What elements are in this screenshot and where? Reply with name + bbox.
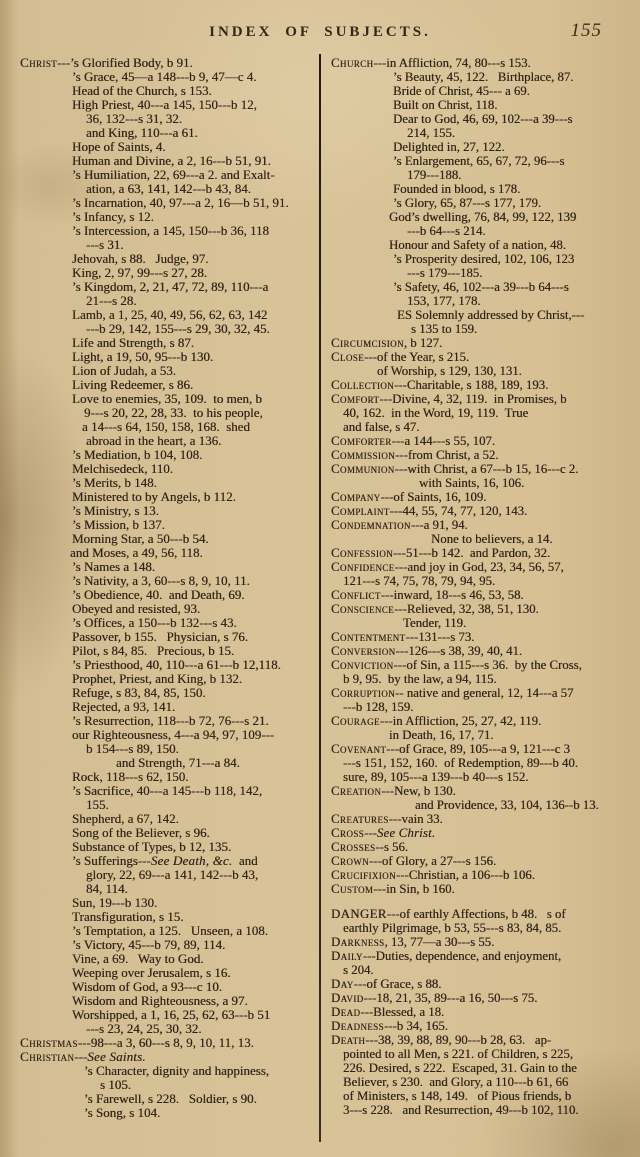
index-line: ES Solemnly addressed by Christ,--- (397, 308, 637, 322)
index-line: ’s Offices, a 150---b 132---s 43. (72, 616, 317, 630)
index-line: Tender, 119. (403, 616, 637, 630)
index-line: Sun, 19---b 130. (72, 896, 317, 910)
index-line: ’s Enlargement, 65, 67, 72, 96---s (393, 154, 637, 168)
index-line: sure, 89, 105---a 139---b 40---s 152. (343, 770, 637, 784)
index-line: Conversion---126---s 38, 39, 40, 41. (331, 644, 637, 658)
headword: Day (331, 977, 354, 991)
index-line: Prophet, Priest, and King, b 132. (72, 672, 317, 686)
index-line: Confession---51---b 142. and Pardon, 32. (331, 546, 637, 560)
index-line: Wisdom of God, a 93---c 10. (72, 980, 317, 994)
index-line: ’s Grace, 45—a 148---b 9, 47—c 4. (72, 70, 317, 84)
index-line: Honour and Safety of a nation, 48. (389, 238, 637, 252)
index-line: Collection---Charitable, s 188, 189, 193… (331, 378, 637, 392)
index-line: Transfiguration, s 15. (72, 910, 317, 924)
index-line: a 14---s 64, 150, 158, 168. shed (82, 420, 317, 434)
index-line: Founded in blood, s 178. (393, 182, 637, 196)
index-line: Death---38, 39, 88, 89, 90---b 28, 63. a… (331, 1033, 637, 1047)
index-line: Melchisedeck, 110. (72, 462, 317, 476)
index-line: ation, a 63, 141, 142---b 43, 84. (86, 182, 317, 196)
index-line: 121---s 74, 75, 78, 79, 94, 95. (343, 574, 637, 588)
index-line: Christmas---98---a 3, 60---s 8, 9, 10, 1… (20, 1036, 317, 1050)
index-line: and King, 110---a 61. (86, 126, 317, 140)
index-line: Deadness---b 34, 165. (331, 1019, 637, 1033)
index-line: ’s Farewell, s 228. Soldier, s 90. (84, 1092, 317, 1106)
page-header: INDEX OF SUBJECTS. 155 (0, 24, 640, 46)
index-line: Crosses--s 56. (331, 840, 637, 854)
index-line: Bride of Christ, 45--- a 69. (393, 84, 637, 98)
headword: Complaint (331, 504, 390, 518)
index-line: Rejected, a 93, 141. (72, 700, 317, 714)
column-right: Church---in Affliction, 74, 80---s 153.’… (331, 56, 637, 1141)
index-line: Darkness, 13, 77—a 30---s 55. (331, 935, 637, 949)
index-line: ’s Humiliation, 22, 69---a 2. and Exalt- (72, 168, 317, 182)
index-line: DANGER---of earthly Affections, b 48. s … (331, 907, 637, 921)
headword: Condemnation (331, 518, 411, 532)
index-line: Daily---Duties, dependence, and enjoymen… (331, 949, 637, 963)
index-line: Believer, s 230. and Glory, a 110---b 61… (343, 1075, 637, 1089)
index-line: our Righteousness, 4---a 94, 97, 109--- (72, 728, 317, 742)
index-line: Lion of Judah, a 53. (72, 364, 317, 378)
index-line: Ministered to by Angels, b 112. (72, 490, 317, 504)
index-line: Crown---of Glory, a 27---s 156. (331, 854, 637, 868)
headword: Death (331, 1033, 365, 1047)
index-line: Rock, 118---s 62, 150. (72, 770, 317, 784)
index-line: ’s Victory, 45---b 79, 89, 114. (72, 938, 317, 952)
index-line: Cross---See Christ. (331, 826, 637, 840)
index-line: s 204. (343, 963, 637, 977)
index-line: with Saints, 16, 106. (419, 476, 637, 490)
headword: Conscience (331, 602, 394, 616)
headword: Darkness (331, 935, 384, 949)
headword: Crosses (331, 840, 375, 854)
headword: Circumcision (331, 336, 404, 350)
index-line: ’s Beauty, 45, 122. Birthplace, 87. (393, 70, 637, 84)
headword: Contentment (331, 630, 405, 644)
index-line: Communion---with Christ, a 67---b 15, 16… (331, 462, 637, 476)
headword: Conviction (331, 658, 394, 672)
index-line: Passover, b 155. Physician, s 76. (72, 630, 317, 644)
index-line: Living Redeemer, s 86. (72, 378, 317, 392)
index-line: Jehovah, s 88. Judge, 97. (72, 252, 317, 266)
headword: Communion (331, 462, 395, 476)
index-line: Church---in Affliction, 74, 80---s 153. (331, 56, 637, 70)
index-line: ’s Ministry, s 13. (72, 504, 317, 518)
index-line: of Worship, s 129, 130, 131. (377, 364, 637, 378)
index-line: Christian---See Saints. (20, 1050, 317, 1064)
index-line: Complaint---44, 55, 74, 77, 120, 143. (331, 504, 637, 518)
index-line: 9---s 20, 22, 28, 33. to his people, (84, 406, 317, 420)
index-line: Human and Divine, a 2, 16---b 51, 91. (72, 154, 317, 168)
index-line: ’s Temptation, a 125. Unseen, a 108. (72, 924, 317, 938)
index-line: ’s Names a 148. (72, 560, 317, 574)
index-line: and Providence, 33, 104, 136--b 13. (415, 798, 637, 812)
index-line: ’s Mission, b 137. (72, 518, 317, 532)
headword: Conflict (331, 588, 381, 602)
index-line: Corruption-- native and general, 12, 14-… (331, 686, 637, 700)
index-line: pointed to all Men, s 221. of Children, … (343, 1047, 637, 1061)
index-line: ’s Infancy, s 12. (72, 210, 317, 224)
index-line: ’s Prosperity desired, 102, 106, 123 (393, 252, 637, 266)
index-line: Crucifixion---Christian, a 106---b 106. (331, 868, 637, 882)
index-line: ’s Glory, 65, 87---s 177, 179. (393, 196, 637, 210)
headword: Cross (331, 826, 364, 840)
index-line: Wisdom and Righteousness, a 97. (72, 994, 317, 1008)
headword: Christmas (20, 1035, 78, 1050)
page-number: 155 (571, 20, 603, 42)
index-line: High Priest, 40---a 145, 150---b 12, (72, 98, 317, 112)
headword: Collection (331, 378, 394, 392)
index-line: in Death, 16, 17, 71. (389, 728, 637, 742)
index-line: ’s Merits, b 148. (72, 476, 317, 490)
headword: Church (331, 56, 373, 70)
index-line: 153, 177, 178. (407, 294, 637, 308)
index-line: Light, a 19, 50, 95---b 130. (72, 350, 317, 364)
index-line: Contentment---131---s 73. (331, 630, 637, 644)
index-line: abroad in the heart, a 136. (86, 434, 317, 448)
index-line: Courage---in Affliction, 25, 27, 42, 119… (331, 714, 637, 728)
index-line: Dear to God, 46, 69, 102---a 39---s (393, 112, 637, 126)
index-line: and Moses, a 49, 56, 118. (70, 546, 317, 560)
index-line: Comfort---Divine, 4, 32, 119. in Promise… (331, 392, 637, 406)
headword: Christian (20, 1049, 74, 1064)
index-line: Vine, a 69. Way to God. (72, 952, 317, 966)
index-line: Substance of Types, b 12, 135. (72, 840, 317, 854)
index-line: 214, 155. (407, 126, 637, 140)
index-line: Weeping over Jerusalem, s 16. (72, 966, 317, 980)
index-line: Shepherd, a 67, 142. (72, 812, 317, 826)
headword: Creation (331, 784, 381, 798)
headword: Crucifixion (331, 868, 396, 882)
index-line: ’s Song, s 104. (84, 1106, 317, 1120)
index-line: 40, 162. in the Word, 19, 119. True (343, 406, 637, 420)
index-line: King, 2, 97, 99---s 27, 28. (72, 266, 317, 280)
index-line: Commission---from Christ, a 52. (331, 448, 637, 462)
page-title: INDEX OF SUBJECTS. (0, 24, 640, 41)
index-line: ---b 128, 159. (343, 700, 637, 714)
headword: Comfort (331, 392, 379, 406)
index-line: ’s Obedience, 40. and Death, 69. (72, 588, 317, 602)
headword: Comforter (331, 434, 392, 448)
headword: Crown (331, 854, 369, 868)
index-line: Christ---’s Glorified Body, b 91. (20, 56, 317, 70)
index-line: ---s 31. (86, 238, 317, 252)
index-line: ---s 151, 152, 160. of Redemption, 89---… (343, 756, 637, 770)
headword: Daily (331, 949, 363, 963)
headword: Dead (331, 1005, 360, 1019)
index-line: 226. Desired, s 222. Escaped, 31. Gain t… (343, 1061, 637, 1075)
index-line: ’s Kingdom, 2, 21, 47, 72, 89, 110---a (72, 280, 317, 294)
index-line: Condemnation---a 91, 94. (331, 518, 637, 532)
index-line: Refuge, s 83, 84, 85, 150. (72, 686, 317, 700)
index-line: ’s Safety, 46, 102---a 39---b 64---s (393, 280, 637, 294)
headword: Close (331, 350, 364, 364)
index-line: Conscience---Relieved, 32, 38, 51, 130. (331, 602, 637, 616)
headword: David (331, 991, 364, 1005)
index-line: ’s Nativity, a 3, 60---s 8, 9, 10, 11. (72, 574, 317, 588)
headword: Conversion (331, 644, 396, 658)
index-line: Close---of the Year, s 215. (331, 350, 637, 364)
headword: Deadness (331, 1019, 384, 1033)
book-page: INDEX OF SUBJECTS. 155 Christ---’s Glori… (0, 0, 640, 1157)
index-line: Day---of Grace, s 88. (331, 977, 637, 991)
index-line: Built on Christ, 118. (393, 98, 637, 112)
index-line: Conviction---of Sin, a 115---s 36. by th… (331, 658, 637, 672)
headword: Christ (20, 56, 57, 70)
index-line: 36, 132---s 31, 32. (86, 112, 317, 126)
index-line: ’s Incarnation, 40, 97---a 2, 16—b 51, 9… (72, 196, 317, 210)
index-line: Company---of Saints, 16, 109. (331, 490, 637, 504)
index-line: 3---s 228. and Resurrection, 49---b 102,… (343, 1103, 637, 1117)
index-line: s 105. (100, 1078, 317, 1092)
index-line: Morning Star, a 50---b 54. (72, 532, 317, 546)
index-line: Hope of Saints, 4. (72, 140, 317, 154)
index-line: Life and Strength, s 87. (72, 336, 317, 350)
index-line: Head of the Church, s 153. (72, 84, 317, 98)
index-line: earthly Pilgrimage, b 53, 55---s 83, 84,… (343, 921, 637, 935)
headword: Custom (331, 882, 373, 896)
index-line: God’s dwelling, 76, 84, 99, 122, 139 (389, 210, 637, 224)
index-line: ---s 179---185. (407, 266, 637, 280)
index-line: Delighted in, 27, 122. (393, 140, 637, 154)
index-line: Pilot, s 84, 85. Precious, b 15. (72, 644, 317, 658)
index-line: 21---s 28. (86, 294, 317, 308)
index-line: Circumcision, b 127. (331, 336, 637, 350)
headword: Company (331, 490, 381, 504)
headword: Covenant (331, 742, 386, 756)
index-line: 179---188. (407, 168, 637, 182)
index-line: and Strength, 71---a 84. (116, 756, 317, 770)
index-line: Dead---Blessed, a 18. (331, 1005, 637, 1019)
index-line: Obeyed and resisted, 93. (72, 602, 317, 616)
index-line: ’s Sufferings---See Death, &c. and (72, 854, 317, 868)
index-line: Song of the Believer, s 96. (72, 826, 317, 840)
headword: Creatures (331, 812, 389, 826)
index-line: and false, s 47. (343, 420, 637, 434)
index-line: ’s Sacrifice, 40---a 145---b 118, 142, (72, 784, 317, 798)
index-line: Custom---in Sin, b 160. (331, 882, 637, 896)
index-line: ’s Character, dignity and happiness, (84, 1064, 317, 1078)
index-line: ---b 64---s 214. (407, 224, 637, 238)
headword: Confession (331, 546, 393, 560)
index-line: b 154---s 89, 150. (86, 742, 317, 756)
index-line: Conflict---inward, 18---s 46, 53, 58. (331, 588, 637, 602)
headword: Courage (331, 714, 380, 728)
headword: DANGER (331, 907, 387, 921)
index-line: b 9, 95. by the law, a 94, 115. (343, 672, 637, 686)
index-line: of Ministers, s 148, 149. of Pious frien… (343, 1089, 637, 1103)
index-line: Lamb, a 1, 25, 40, 49, 56, 62, 63, 142 (72, 308, 317, 322)
index-line: ’s Mediation, b 104, 108. (72, 448, 317, 462)
index-line: None to believers, a 14. (431, 532, 637, 546)
index-line: s 135 to 159. (411, 322, 637, 336)
index-line: glory, 22, 69---a 141, 142---b 43, (86, 868, 317, 882)
index-line: Creation---New, b 130. (331, 784, 637, 798)
index-line: ’s Resurrection, 118---b 72, 76---s 21. (72, 714, 317, 728)
column-rule (319, 54, 321, 1142)
index-line: Creatures---vain 33. (331, 812, 637, 826)
index-line: Covenant---of Grace, 89, 105---a 9, 121-… (331, 742, 637, 756)
index-line: ---s 23, 24, 25, 30, 32. (86, 1022, 317, 1036)
index-line: 84, 114. (86, 882, 317, 896)
index-line: Confidence---and joy in God, 23, 34, 56,… (331, 560, 637, 574)
index-line: Love to enemies, 35, 109. to men, b (72, 392, 317, 406)
headword: Commission (331, 448, 395, 462)
index-line: Worshipped, a 1, 16, 25, 62, 63---b 51 (72, 1008, 317, 1022)
headword: Confidence (331, 560, 395, 574)
index-line: David---18, 21, 35, 89---a 16, 50---s 75… (331, 991, 637, 1005)
column-left: Christ---’s Glorified Body, b 91.’s Grac… (20, 56, 317, 1126)
index-line: ---b 29, 142, 155---s 29, 30, 32, 45. (86, 322, 317, 336)
headword: Corruption (331, 686, 395, 700)
index-line: ’s Intercession, a 145, 150---b 36, 118 (72, 224, 317, 238)
index-line: ’s Priesthood, 40, 110---a 61---b 12,118… (72, 658, 317, 672)
index-line: 155. (86, 798, 317, 812)
index-line: Comforter---a 144---s 55, 107. (331, 434, 637, 448)
